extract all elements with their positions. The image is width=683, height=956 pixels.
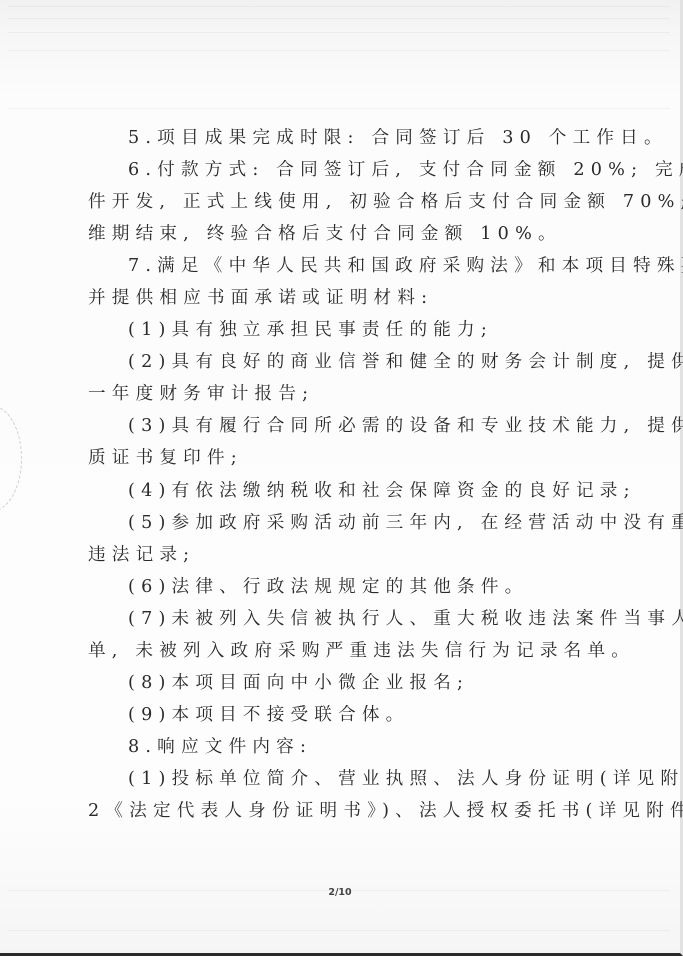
text-line: (8)本项目面向中小微企业报名;	[128, 672, 648, 694]
text-line: 7.满足《中华人民共和国政府采购法》和本项目特殊要求,	[128, 255, 648, 277]
text-line: 质证书复印件;	[88, 447, 608, 469]
text-line: (1)投标单位简介、营业执照、法人身份证明(详见附件	[128, 768, 648, 790]
scan-artifact	[8, 108, 670, 109]
text-line: (1)具有独立承担民事责任的能力;	[128, 319, 648, 341]
text-line: (6)法律、行政法规规定的其他条件。	[128, 576, 648, 598]
text-line: 6.付款方式: 合同签订后, 支付合同金额 20%; 完成系统软	[128, 159, 648, 181]
text-line: (4)有依法缴纳税收和社会保障资金的良好记录;	[128, 480, 648, 502]
page-number: 2/10	[0, 887, 680, 898]
scan-artifact	[8, 18, 670, 19]
scan-artifact	[8, 50, 670, 51]
text-line: 违法记录;	[88, 544, 608, 566]
scan-artifact	[8, 930, 670, 931]
text-line: (3)具有履行合同所必需的设备和专业技术能力, 提供资	[128, 415, 648, 437]
text-line: 件开发, 正式上线使用, 初验合格后支付合同金额 70%; 免费运	[88, 191, 608, 213]
text-line: 5.项目成果完成时限: 合同签订后 30 个工作日。	[128, 127, 648, 149]
scan-artifact	[8, 6, 670, 7]
text-line: 维期结束, 终验合格后支付合同金额 10%。	[88, 223, 608, 245]
text-line: 8.响应文件内容:	[128, 736, 648, 758]
scan-artifact	[8, 32, 670, 33]
text-line: 并提供相应书面承诺或证明材料:	[88, 287, 608, 309]
seal-stamp-edge	[0, 405, 22, 512]
text-line: (7)未被列入失信被执行人、重大税收违法案件当事人名	[128, 608, 648, 630]
text-line: 一年度财务审计报告;	[88, 383, 608, 405]
text-line: (5)参加政府采购活动前三年内, 在经营活动中没有重大	[128, 512, 648, 534]
text-line: 单, 未被列入政府采购严重违法失信行为记录名单。	[88, 640, 608, 662]
text-line: 2《法定代表人身份证明书》)、法人授权委托书(详见附件 3	[88, 800, 608, 822]
text-line: (9)本项目不接受联合体。	[128, 704, 648, 726]
document-page: 5.项目成果完成时限: 合同签订后 30 个工作日。 6.付款方式: 合同签订后…	[0, 0, 683, 956]
text-line: (2)具有良好的商业信誉和健全的财务会计制度, 提供上	[128, 351, 648, 373]
